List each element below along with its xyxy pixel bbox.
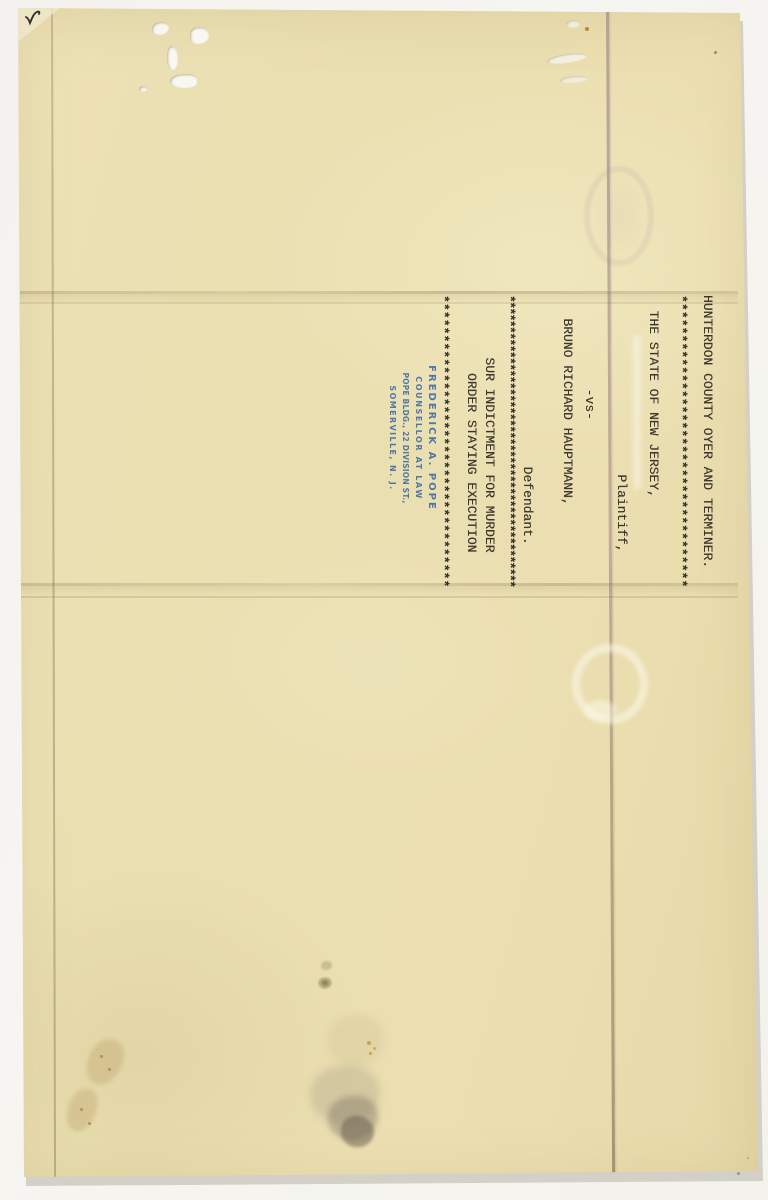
rust-speck [585,27,589,31]
stain [318,977,332,989]
court-title-line: HUNTERDON COUNTY OYER AND TERMINER. [700,295,714,587]
smudge-dot [100,1055,103,1058]
yellow-fleck [373,1047,376,1050]
abrasion-mark [547,51,588,65]
attorney-stamp: FREDERICK A. POPE COUNSELLOR AT LAW POPE… [387,363,437,513]
stamp-city-line: SOMERVILLE, N. J. [387,363,398,513]
fold-crease-bottom-secondary [20,596,738,598]
asterisk-divider: ************************************* [436,295,450,587]
torn-paper-spot [170,74,197,88]
defendant-label-line: Defendant. [520,295,534,587]
checkmark-icon [24,9,46,32]
stamp-attorney-title: COUNSELLOR AT LAW [413,363,424,513]
stamp-address-line: POPE BLDG., 22 DIVISION ST., [400,363,411,513]
typed-caption-block: HUNTERDON COUNTY OYER AND TERMINER. ****… [436,295,715,587]
stamp-attorney-name: FREDERICK A. POPE [425,363,437,513]
abrasion-mark [560,75,589,84]
faded-round-stamp [584,166,654,266]
smudge-dot [88,1122,91,1125]
versus-line: -vs- [582,295,596,587]
dust-speck [737,1172,740,1175]
asterisk-divider: ****************************************… [502,295,516,587]
stain [341,1116,374,1147]
yellow-fleck [367,1041,371,1045]
plaintiff-label-line: Plaintiff, [614,295,628,587]
smudge-dot [80,1108,83,1111]
scanned-document: HUNTERDON COUNTY OYER AND TERMINER. ****… [0,0,768,1200]
fold-crease-shading [20,586,738,596]
abrasion-mark [566,20,580,28]
asterisk-divider: ************************************* [674,295,688,587]
indictment-line: SUR INDICTMENT FOR MURDER [482,295,496,587]
ink-speck [714,51,717,54]
torn-paper-spot [167,46,178,70]
defendant-name-line: BRUNO RICHARD HAUPTMANN, [560,295,574,587]
torn-paper-spot [190,27,209,44]
yellow-fleck [369,1052,372,1055]
stain [321,961,332,970]
paper-sheet: HUNTERDON COUNTY OYER AND TERMINER. ****… [0,0,768,1200]
dust-speck [747,1157,749,1159]
pencil-smudge [81,1034,129,1091]
order-title-line: ORDER STAYING EXECUTION [464,295,478,587]
torn-paper-spot [152,22,169,35]
plaintiff-name-line: THE STATE OF NEW JERSEY, [646,295,660,587]
stain [328,1015,384,1067]
smudge-dot [108,1068,111,1071]
torn-paper-spot [139,86,147,92]
embossed-seal [584,700,616,720]
